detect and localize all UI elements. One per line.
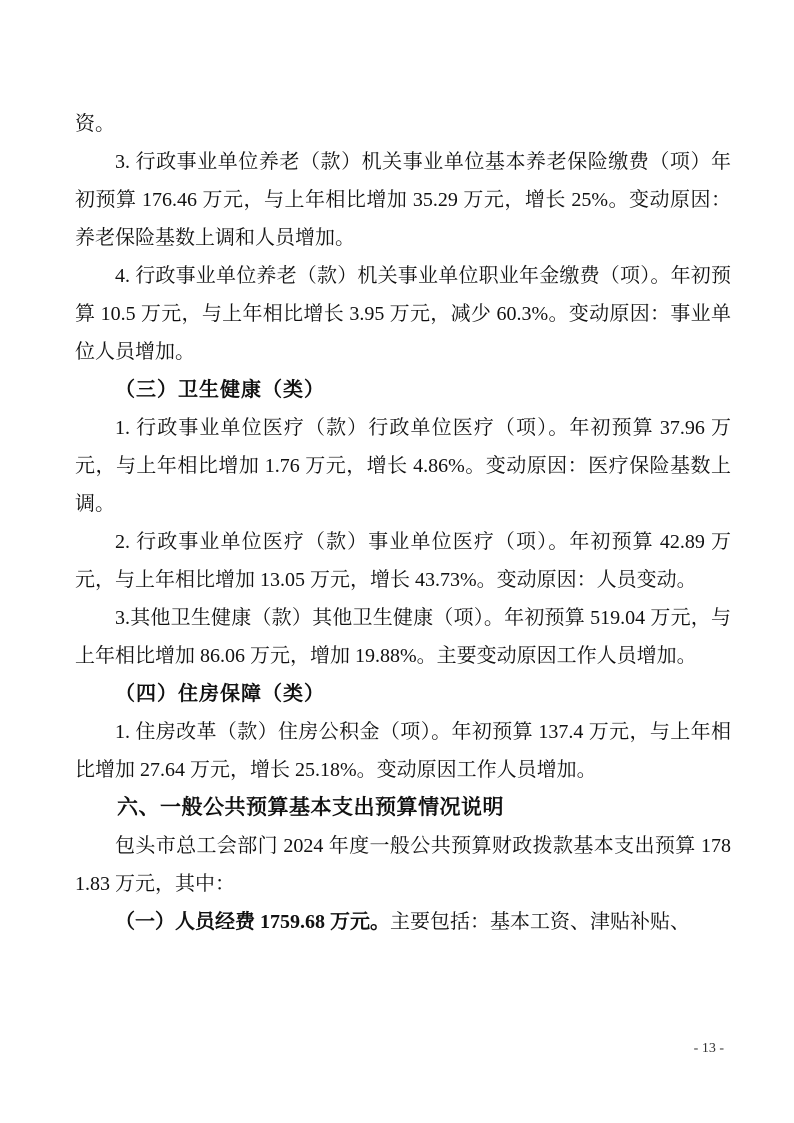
personnel-expense-lead: （一）人员经费 1759.68 万元。 [115,911,390,933]
heading-section-six: 六、一般公共预算基本支出预算情况说明 [75,789,731,827]
document-page: 资。 3. 行政事业单位养老（款）机关事业单位基本养老保险缴费（项）年初预算 1… [0,0,794,1123]
heading-housing-category: （四）住房保障（类） [75,675,731,713]
paragraph-basic-expenditure-intro: 包头市总工会部门 2024 年度一般公共预算财政拨款基本支出预算 1781.83… [75,827,731,903]
paragraph-housing-fund: 1. 住房改革（款）住房公积金（项）。年初预算 137.4 万元，与上年相比增加… [75,713,731,789]
heading-health-category: （三）卫生健康（类） [75,371,731,409]
paragraph-admin-unit-medical: 1. 行政事业单位医疗（款）行政单位医疗（项）。年初预算 37.96 万元，与上… [75,409,731,523]
page-number: - 13 - [694,1040,724,1058]
paragraph-occupational-annuity: 4. 行政事业单位养老（款）机关事业单位职业年金缴费（项）。年初预算 10.5 … [75,257,731,371]
paragraph-pension-basic-insurance: 3. 行政事业单位养老（款）机关事业单位基本养老保险缴费（项）年初预算 176.… [75,143,731,257]
paragraph-public-unit-medical: 2. 行政事业单位医疗（款）事业单位医疗（项）。年初预算 42.89 万元，与上… [75,523,731,599]
paragraph-other-health: 3.其他卫生健康（款）其他卫生健康（项）。年初预算 519.04 万元，与上年相… [75,599,731,675]
paragraph-personnel-expense: （一）人员经费 1759.68 万元。主要包括：基本工资、津贴补贴、 [75,903,731,941]
document-body: 资。 3. 行政事业单位养老（款）机关事业单位基本养老保险缴费（项）年初预算 1… [75,105,731,941]
personnel-expense-rest: 主要包括：基本工资、津贴补贴、 [390,911,690,933]
paragraph-continuation: 资。 [75,105,731,143]
